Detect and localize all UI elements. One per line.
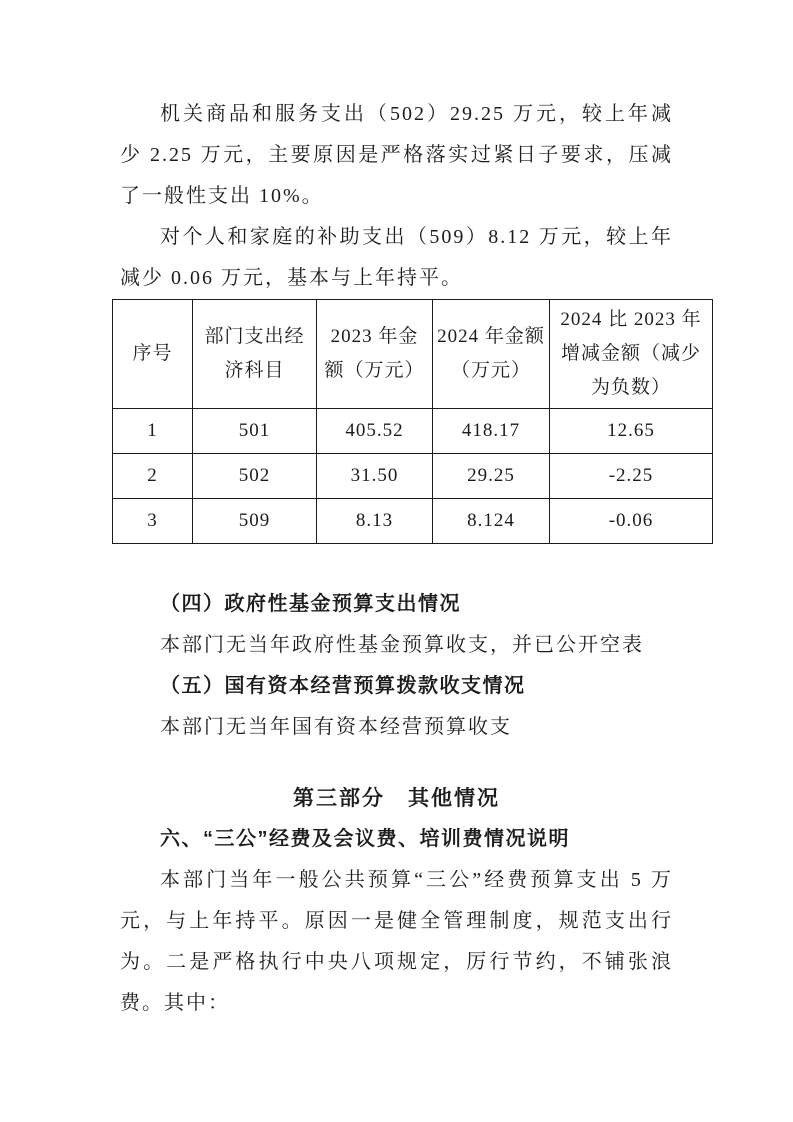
cell-index: 3 — [113, 499, 193, 544]
col-header-change: 2024 比 2023 年增减金额（减少为负数） — [550, 300, 713, 409]
cell-subject-code: 501 — [193, 409, 317, 454]
table-row: 1 501 405.52 418.17 12.65 — [113, 409, 713, 454]
cell-2024-amount: 8.124 — [433, 499, 550, 544]
col-header-index: 序号 — [113, 300, 193, 409]
paragraph-502-expenditure: 机关商品和服务支出（502）29.25 万元，较上年减少 2.25 万元，主要原… — [120, 94, 673, 217]
cell-change-amount: 12.65 — [550, 409, 713, 454]
part3-title: 第三部分 其他情况 — [120, 778, 673, 819]
paragraph-509-expenditure: 对个人和家庭的补助支出（509）8.12 万元，较上年减少 0.06 万元，基本… — [120, 217, 673, 299]
col-header-2024-amount: 2024 年金额（万元） — [433, 300, 550, 409]
cell-change-amount: -0.06 — [550, 499, 713, 544]
table-header-row: 序号 部门支出经济科目 2023 年金额（万元） 2024 年金额（万元） 20… — [113, 300, 713, 409]
col-header-subject: 部门支出经济科目 — [193, 300, 317, 409]
table-row: 2 502 31.50 29.25 -2.25 — [113, 454, 713, 499]
section-5-heading: （五）国有资本经营预算拨款收支情况 — [120, 666, 673, 707]
col-header-2023-amount: 2023 年金额（万元） — [317, 300, 433, 409]
document-page: 机关商品和服务支出（502）29.25 万元，较上年减少 2.25 万元，主要原… — [0, 0, 793, 1122]
section-6-heading: 六、“三公”经费及会议费、培训费情况说明 — [120, 819, 673, 860]
cell-2023-amount: 31.50 — [317, 454, 433, 499]
document-content: 机关商品和服务支出（502）29.25 万元，较上年减少 2.25 万元，主要原… — [120, 94, 673, 1024]
section-5-body: 本部门无当年国有资本经营预算收支 — [120, 707, 673, 748]
cell-2024-amount: 29.25 — [433, 454, 550, 499]
cell-2023-amount: 405.52 — [317, 409, 433, 454]
cell-index: 2 — [113, 454, 193, 499]
section-6-body: 本部门当年一般公共预算“三公”经费预算支出 5 万元，与上年持平。原因一是健全管… — [120, 860, 673, 1024]
cell-subject-code: 509 — [193, 499, 317, 544]
cell-subject-code: 502 — [193, 454, 317, 499]
table-row: 3 509 8.13 8.124 -0.06 — [113, 499, 713, 544]
expenditure-comparison-table: 序号 部门支出经济科目 2023 年金额（万元） 2024 年金额（万元） 20… — [112, 299, 713, 544]
cell-change-amount: -2.25 — [550, 454, 713, 499]
section-4-heading: （四）政府性基金预算支出情况 — [120, 584, 673, 625]
cell-2023-amount: 8.13 — [317, 499, 433, 544]
section-4-body: 本部门无当年政府性基金预算收支，并已公开空表 — [120, 625, 673, 666]
cell-index: 1 — [113, 409, 193, 454]
cell-2024-amount: 418.17 — [433, 409, 550, 454]
